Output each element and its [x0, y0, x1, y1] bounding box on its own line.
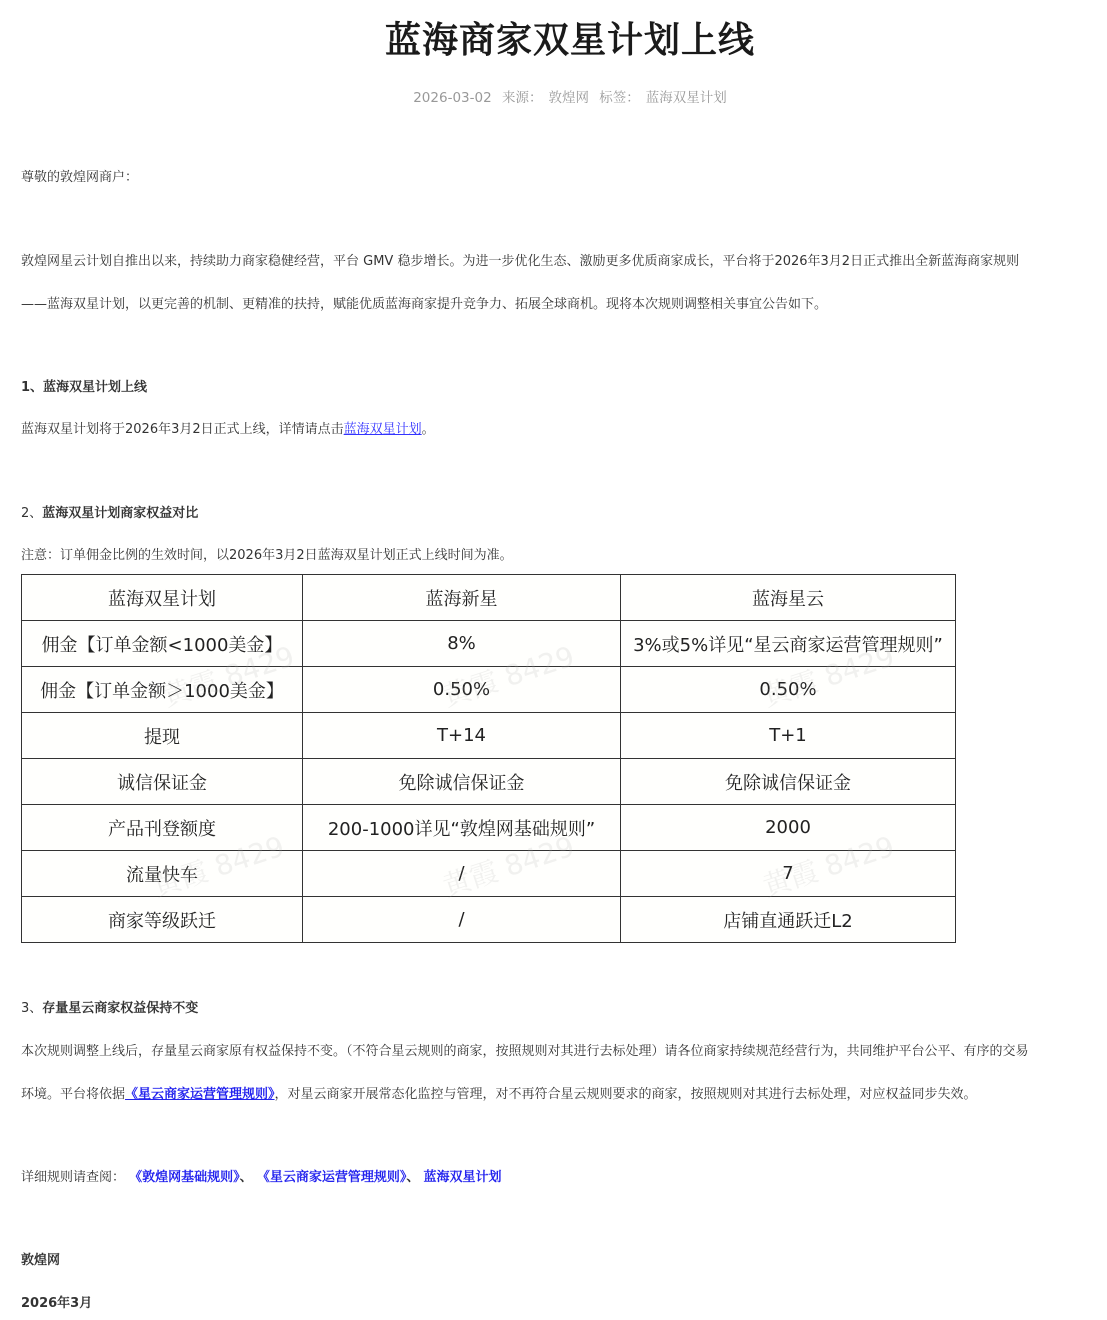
table-cell: 3%或5%详见“星云商家运营管理规则” — [621, 621, 956, 667]
source-value: 敦煌网 — [548, 90, 589, 106]
table-cell: 免除诚信保证金 — [621, 759, 956, 805]
table-cell: 诚信保证金 — [22, 759, 303, 805]
references: 详细规则请查阅： 《敦煌网基础规则》、 《星云商家运营管理规则》、 蓝海双星计划 — [21, 1166, 502, 1185]
table-cell: T+14 — [303, 713, 621, 759]
table-cell: 店铺直通跃迁L2 — [621, 897, 956, 943]
xingyun-rules-link[interactable]: 《星云商家运营管理规则》 — [125, 1087, 275, 1102]
section3-title: 存量星云商家权益保持不变 — [42, 1001, 198, 1016]
table-cell: 流量快车 — [22, 851, 303, 897]
source-label: 来源： — [502, 90, 543, 106]
section3-line2-after: ，对星云商家开展常态化监控与管理，对不再符合星云规则要求的商家，按照规则对其进行… — [275, 1087, 977, 1102]
sign-date: 2026年3月 — [21, 1292, 92, 1311]
separator: 、 — [240, 1170, 253, 1185]
table-header-cell: 蓝海双星计划 — [22, 575, 303, 621]
table-cell: / — [303, 897, 621, 943]
table-header-row: 蓝海双星计划蓝海新星蓝海星云 — [22, 575, 956, 621]
tag-label: 标签： — [599, 90, 640, 106]
table-row: 流量快车/7 — [22, 851, 956, 897]
dhgate-basic-rules-link[interactable]: 《敦煌网基础规则》 — [129, 1170, 240, 1185]
section3-line2-before: 环境。平台将依据 — [21, 1087, 125, 1102]
table-cell: 8% — [303, 621, 621, 667]
section2-note: 注意：订单佣金比例的生效时间，以2026年3月2日蓝海双星计划正式上线时间为准。 — [21, 544, 513, 563]
table-cell: 佣金【订单金额＞1000美金】 — [22, 667, 303, 713]
table-row: 商家等级跃迁/店铺直通跃迁L2 — [22, 897, 956, 943]
section3-heading: 3、存量星云商家权益保持不变 — [21, 997, 198, 1016]
section1-text-after: 。 — [422, 422, 435, 437]
table-row: 提现T+14T+1 — [22, 713, 956, 759]
section3-line-1: 本次规则调整上线后，存量星云商家原有权益保持不变。（不符合星云规则的商家，按照规… — [21, 1040, 1029, 1059]
table-row: 佣金【订单金额<1000美金】8%3%或5%详见“星云商家运营管理规则” — [22, 621, 956, 667]
table-cell: T+1 — [621, 713, 956, 759]
section1-heading: 1、蓝海双星计划上线 — [21, 376, 147, 395]
intro-line-2: ——蓝海双星计划，以更完善的机制、更精准的扶持，赋能优质蓝海商家提升竞争力、拓展… — [21, 293, 827, 312]
table-row: 产品刊登额度200-1000详见“敦煌网基础规则”2000 — [22, 805, 956, 851]
table-cell: 2000 — [621, 805, 956, 851]
intro-line-1: 敦煌网星云计划自推出以来，持续助力商家稳健经营，平台 GMV 稳步增长。为进一步… — [21, 250, 1019, 269]
table-cell: 商家等级跃迁 — [22, 897, 303, 943]
table-header-cell: 蓝海星云 — [621, 575, 956, 621]
section3-line-2: 环境。平台将依据《星云商家运营管理规则》，对星云商家开展常态化监控与管理，对不再… — [21, 1083, 977, 1102]
page-title: 蓝海商家双星计划上线 — [0, 12, 1107, 63]
article-meta: 2026-03-02 来源：敦煌网 标签：蓝海双星计划 — [0, 86, 1107, 106]
table-cell: 0.50% — [621, 667, 956, 713]
section2-title: 蓝海双星计划商家权益对比 — [42, 506, 198, 521]
references-label: 详细规则请查阅： — [21, 1170, 125, 1185]
table-header-cell: 蓝海新星 — [303, 575, 621, 621]
section1-text: 蓝海双星计划将于2026年3月2日正式上线，详情请点击蓝海双星计划。 — [21, 418, 435, 437]
blue-ocean-plan-link-2[interactable]: 蓝海双星计划 — [424, 1170, 502, 1185]
table-row: 佣金【订单金额＞1000美金】0.50%0.50% — [22, 667, 956, 713]
table-cell: 免除诚信保证金 — [303, 759, 621, 805]
section3-number: 3、 — [21, 1001, 42, 1016]
separator: 、 — [406, 1170, 419, 1185]
section1-text-before: 蓝海双星计划将于2026年3月2日正式上线，详情请点击 — [21, 422, 344, 437]
signature: 敦煌网 — [21, 1249, 60, 1268]
section2-number: 2、 — [21, 506, 42, 521]
greeting: 尊敬的敦煌网商户： — [21, 166, 138, 185]
table-cell: 提现 — [22, 713, 303, 759]
section2-heading: 2、蓝海双星计划商家权益对比 — [21, 502, 198, 521]
table-cell: 佣金【订单金额<1000美金】 — [22, 621, 303, 667]
benefits-comparison-table: 蓝海双星计划蓝海新星蓝海星云佣金【订单金额<1000美金】8%3%或5%详见“星… — [21, 574, 956, 943]
tag-value[interactable]: 蓝海双星计划 — [646, 90, 727, 106]
table-cell: / — [303, 851, 621, 897]
table-cell: 7 — [621, 851, 956, 897]
table-cell: 200-1000详见“敦煌网基础规则” — [303, 805, 621, 851]
table-row: 诚信保证金免除诚信保证金免除诚信保证金 — [22, 759, 956, 805]
table-cell: 0.50% — [303, 667, 621, 713]
xingyun-rules-link-2[interactable]: 《星云商家运营管理规则》 — [257, 1170, 407, 1185]
table-cell: 产品刊登额度 — [22, 805, 303, 851]
blue-ocean-plan-link[interactable]: 蓝海双星计划 — [344, 422, 422, 437]
publish-date: 2026-03-02 — [413, 90, 491, 106]
